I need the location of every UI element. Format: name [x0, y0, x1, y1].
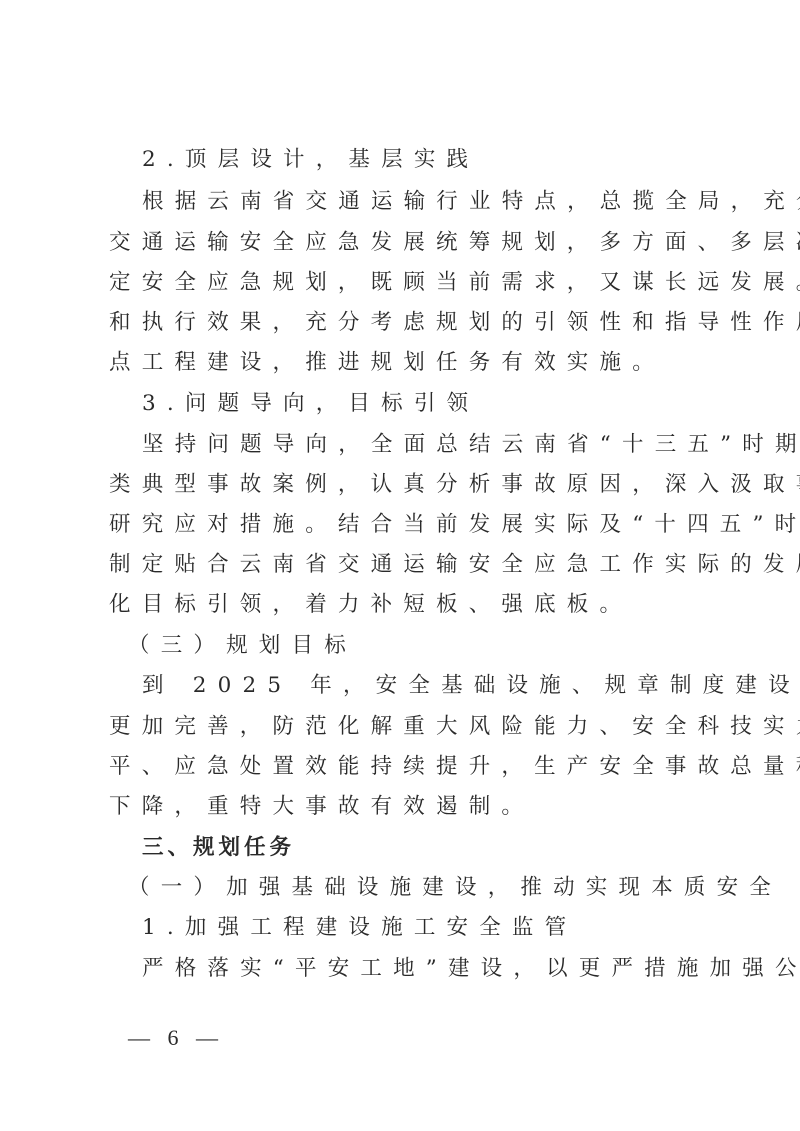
paragraph-line: 化目标引领，着力补短板、强底板。 [109, 591, 701, 619]
paragraph-line: 平、应急处置效能持续提升，生产安全事故总量和死亡人数显著 [109, 753, 701, 781]
subheading-top-level-design: 2.顶层设计，基层实践 [142, 146, 702, 174]
paragraph-line: 下降，重特大事故有效遏制。 [109, 793, 701, 821]
paragraph-line: 严格落实“平安工地”建设，以更严措施加强公路建设施工 [142, 955, 702, 983]
paragraph-line: 坚持问题导向，全面总结云南省“十三五”时期交通运输各 [142, 431, 702, 459]
document-page: 2.顶层设计，基层实践 根据云南省交通运输行业特点，总揽全局，充分做好云南省 交… [0, 0, 800, 1131]
subheading-construction-safety: 1.加强工程建设施工安全监管 [142, 914, 702, 942]
section-heading-planning-goals: （三）规划目标 [128, 632, 688, 660]
paragraph-line: 制定贴合云南省交通运输安全应急工作实际的发展规划目标，强 [109, 551, 701, 579]
paragraph-line: 研究应对措施。结合当前发展实际及“十四五”时期的发展需求， [109, 511, 701, 539]
subheading-problem-oriented: 3.问题导向，目标引领 [142, 390, 702, 418]
paragraph-line: 交通运输安全应急发展统筹规划，多方面、多层次考虑，科学制 [109, 229, 701, 257]
paragraph-line: 根据云南省交通运输行业特点，总揽全局，充分做好云南省 [142, 188, 702, 216]
paragraph-line: 更加完善，防范化解重大风险能力、安全科技实力、安全文化水 [109, 713, 701, 741]
paragraph-line: 类典型事故案例，认真分析事故原因，深入汲取事故教训，系统 [109, 471, 701, 499]
page-number: — 6 — [128, 1024, 224, 1052]
heading-planning-tasks: 三、规划任务 [142, 834, 702, 862]
paragraph-line: 和执行效果，充分考虑规划的引领性和指导性作用，着力加强重 [109, 309, 701, 337]
paragraph-line: 到 2025 年，安全基础设施、规章制度建设、责任体系建设 [142, 672, 702, 700]
section-heading-infrastructure: （一）加强基础设施建设，推动实现本质安全 [128, 874, 688, 902]
paragraph-line: 定安全应急规划，既顾当前需求，又谋长远发展。注重基层实践 [109, 269, 701, 297]
paragraph-line: 点工程建设，推进规划任务有效实施。 [109, 349, 701, 377]
